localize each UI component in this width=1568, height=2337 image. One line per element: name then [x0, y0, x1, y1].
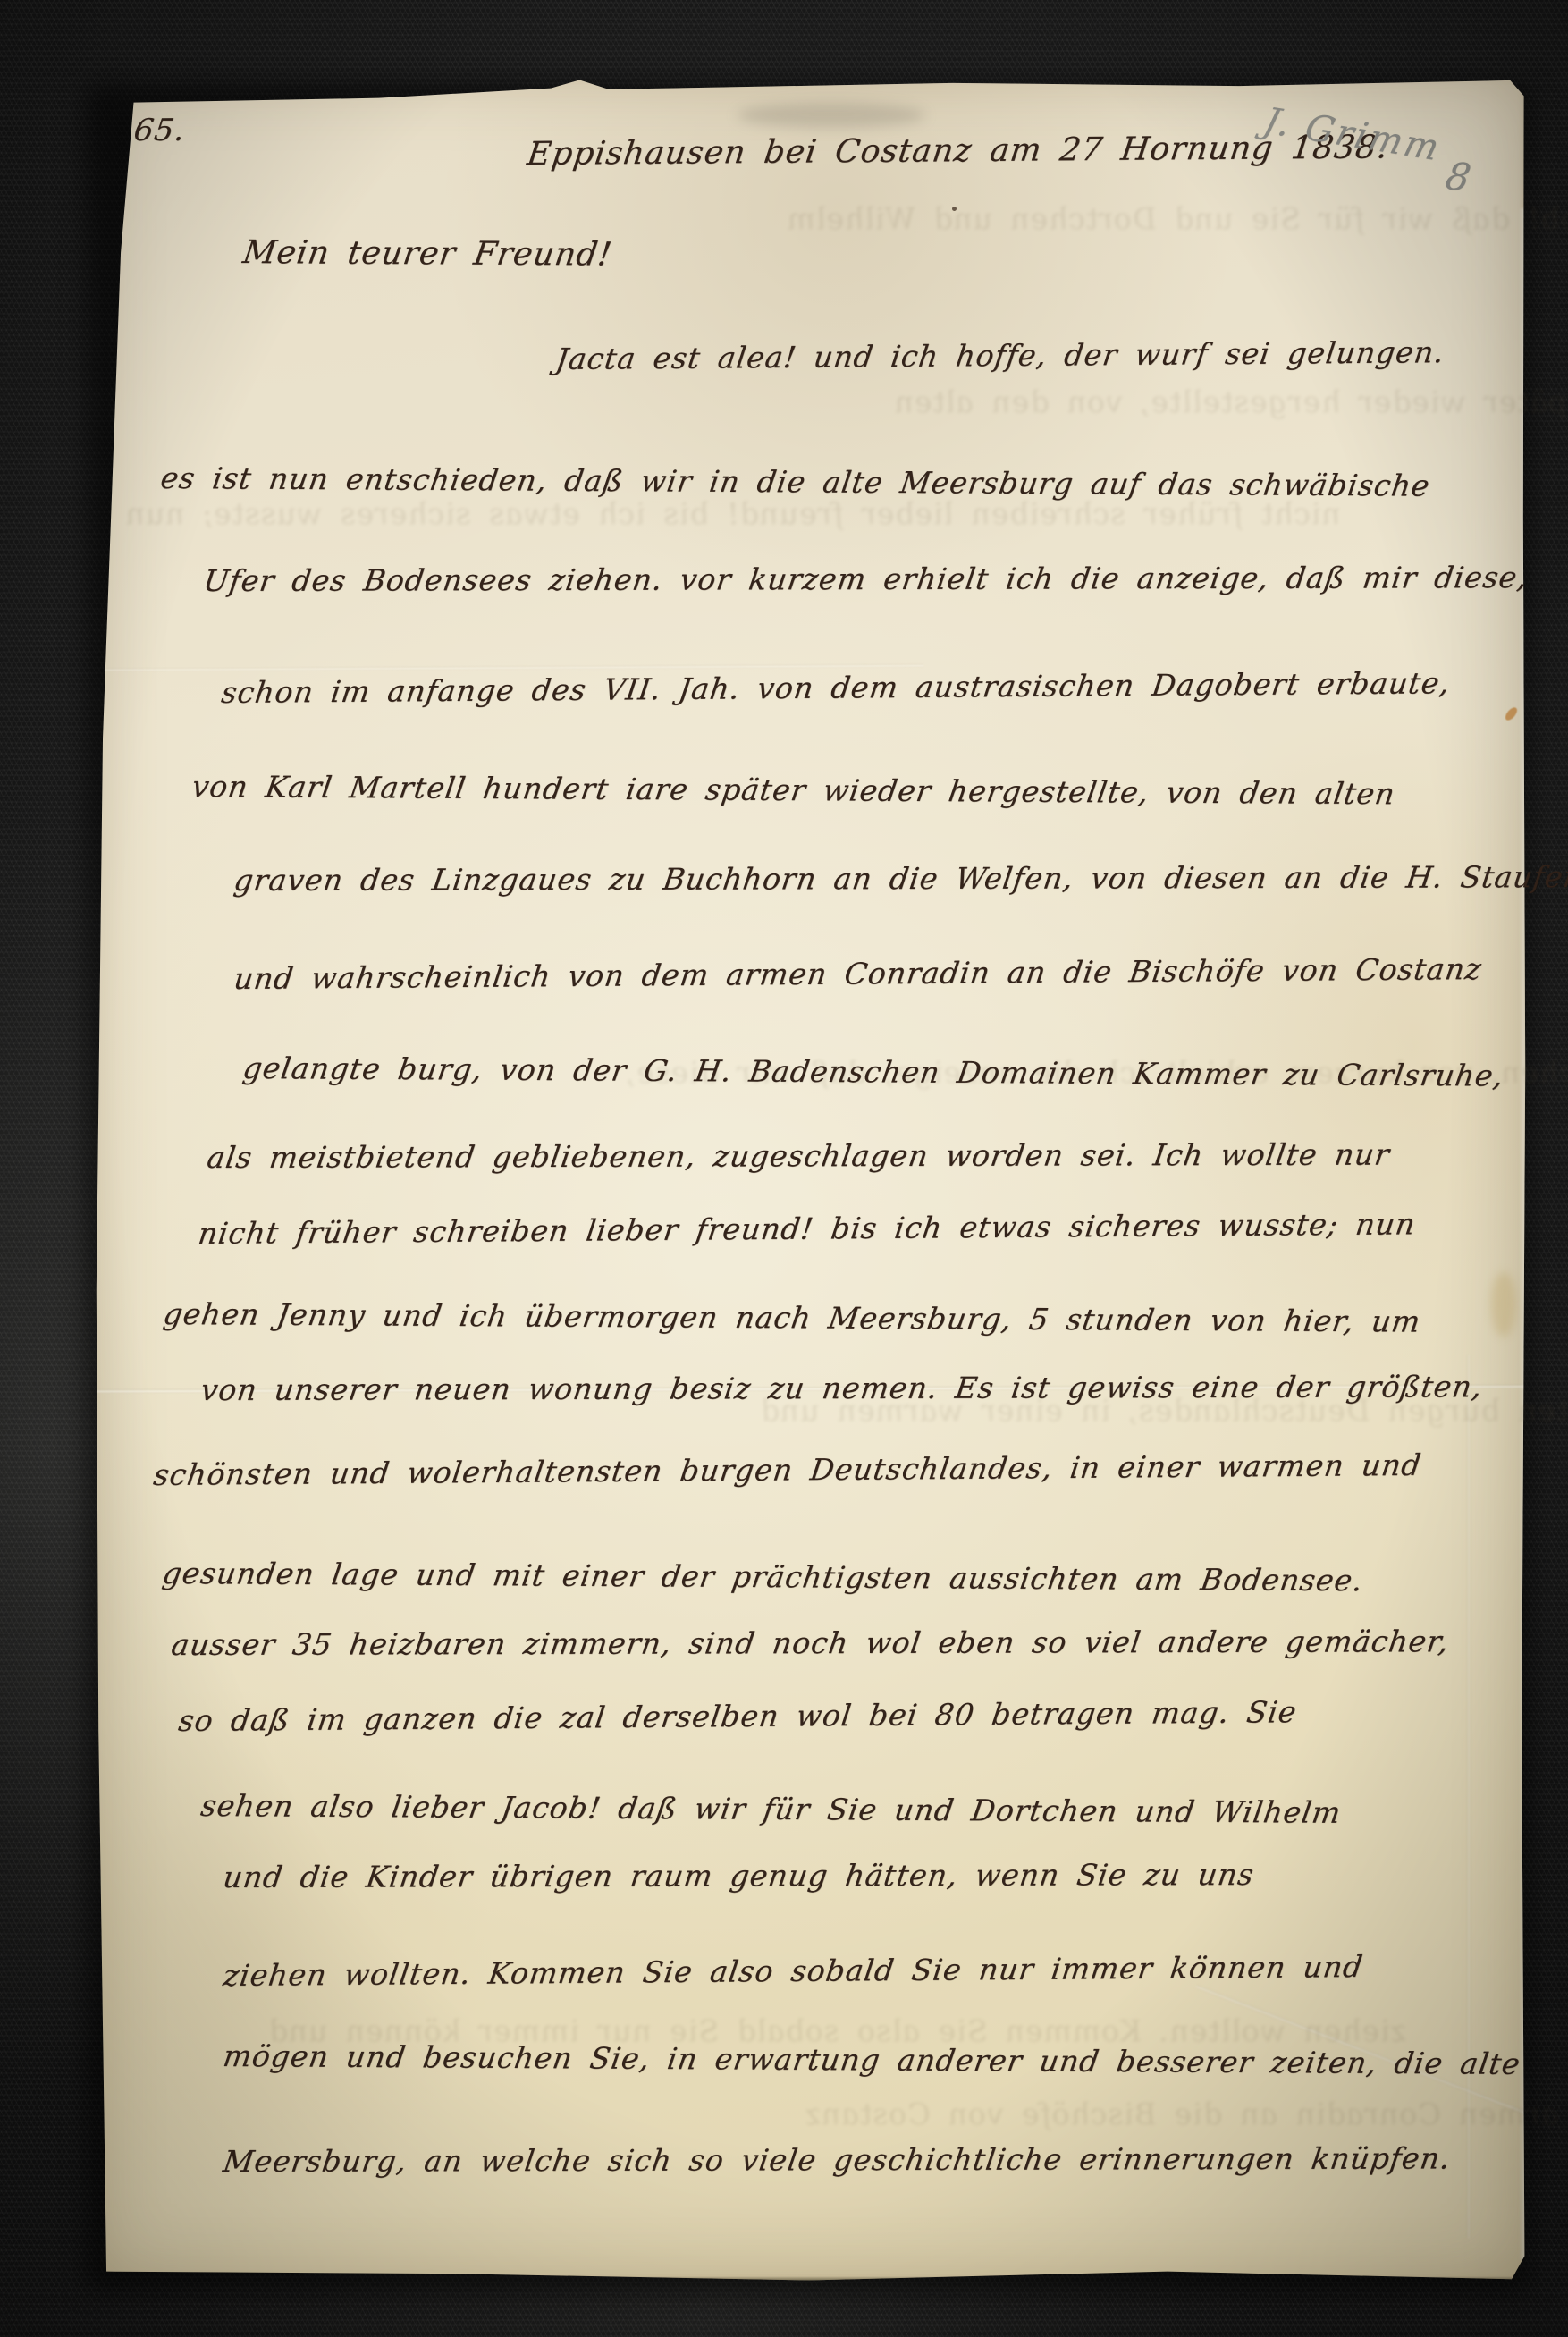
- letter-line: graven des Linzgaues zu Buchhorn an die …: [232, 859, 1568, 898]
- paper-stain: [738, 103, 925, 128]
- paper-stain: [1504, 705, 1520, 722]
- letter-line: als meistbietend gebliebenen, zugeschlag…: [205, 1137, 1392, 1175]
- salutation: Mein teurer Freund!: [240, 234, 614, 274]
- letter-line: gesunden lage und mit einer der prächtig…: [160, 1556, 1365, 1598]
- bleedthrough-text: von Karl Martell hundert iare später wie…: [891, 384, 1568, 419]
- photo-background: sehen also lieber Jacob! daß wir für Sie…: [0, 0, 1568, 2337]
- letter-line: Ufer des Bodensees ziehen. vor kurzem er…: [201, 560, 1530, 598]
- letter-line: ausser 35 heizbaren zimmern, sind noch w…: [169, 1624, 1451, 1662]
- letter-line: und die Kinder übrigen raum genug hätten…: [221, 1857, 1256, 1894]
- bleedthrough-text: und wahrscheinlich von dem armen Conradi…: [802, 2097, 1568, 2131]
- letter-line: Meersburg, an welche sich so viele gesch…: [221, 2140, 1453, 2179]
- letter-line: Jacta est alea! und ich hoffe, der wurf …: [553, 334, 1446, 376]
- letter-line: von unserer neuen wonung besiz zu nemen.…: [198, 1369, 1485, 1407]
- bleedthrough-text: sehen also lieber Jacob! daß wir für Sie…: [784, 201, 1568, 236]
- letter-line: von Karl Martell hundert iare später wie…: [190, 769, 1397, 811]
- letter-line: sehen also lieber Jacob! daß wir für Sie…: [198, 1788, 1344, 1830]
- page-number: 65.: [131, 113, 188, 148]
- paper-stain: [1491, 1272, 1516, 1337]
